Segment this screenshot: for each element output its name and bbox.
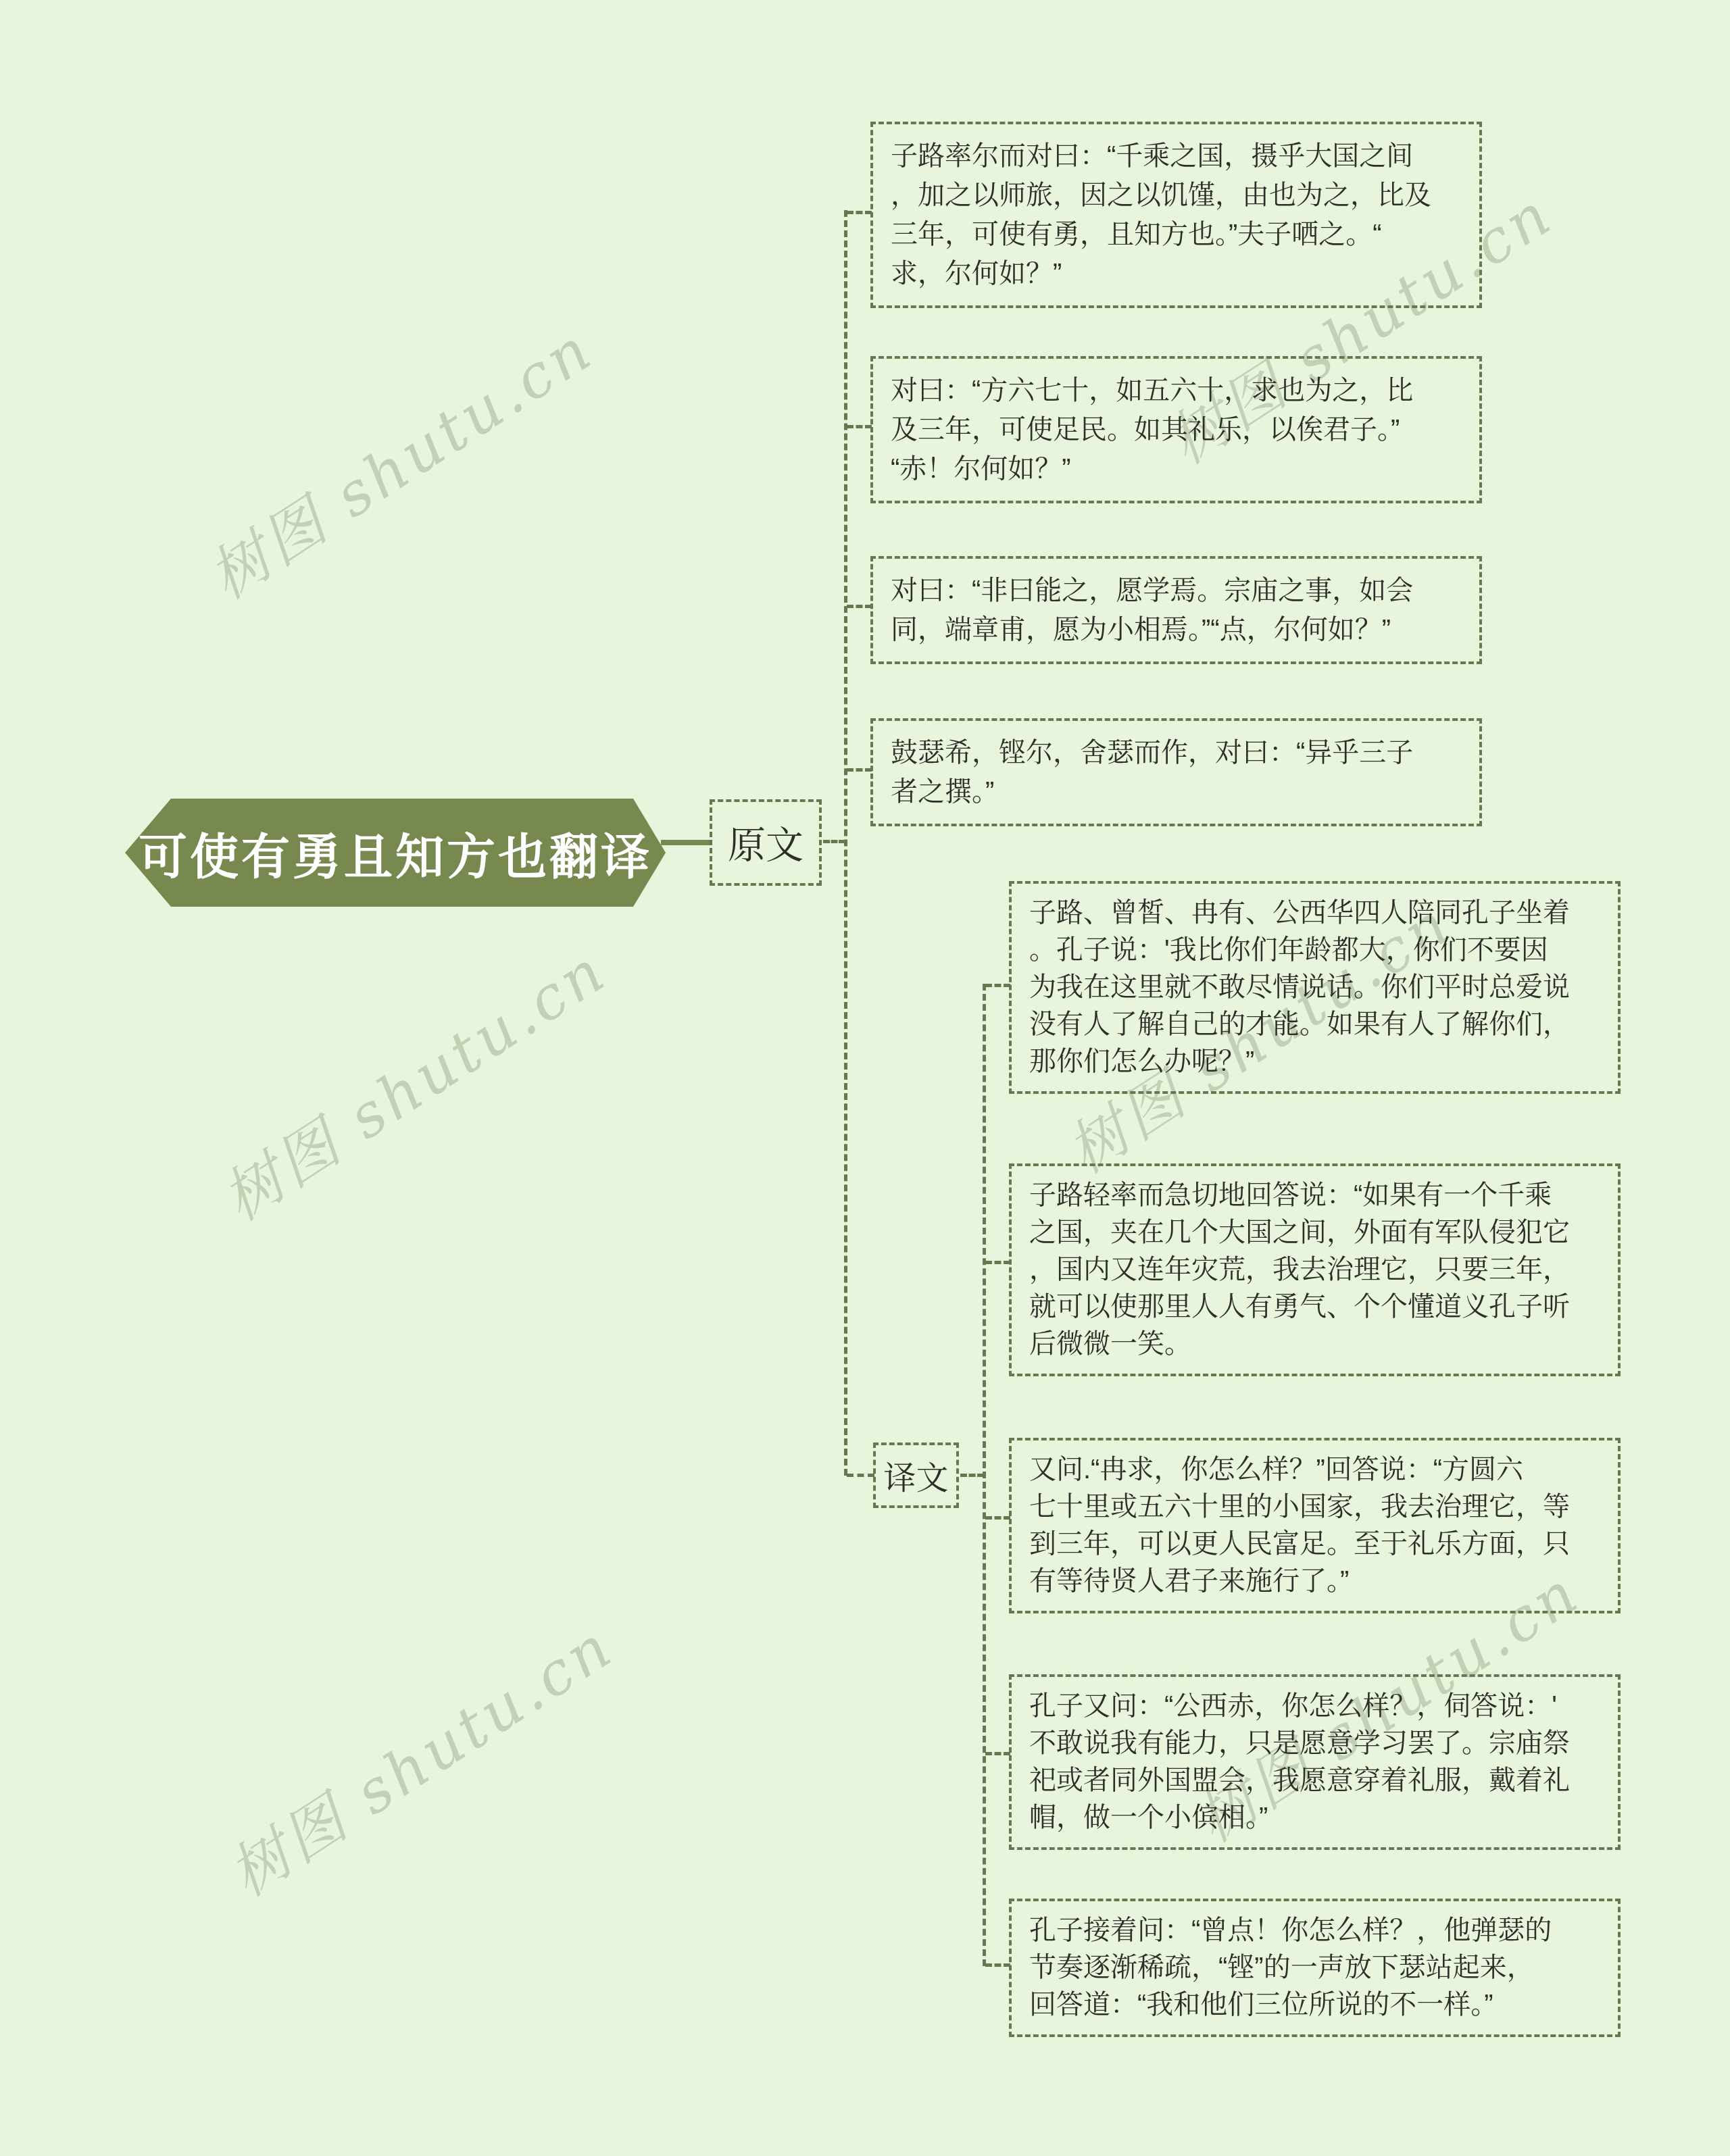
connector-stub — [960, 1474, 984, 1477]
branch-label: 译文 — [883, 1452, 948, 1499]
connector-stub — [847, 211, 872, 214]
original-text-node-1[interactable]: 子路率尔而对曰：“千乘之国，摄乎大国之间 ，加之以师旅，因之以饥馑，由也为之，比… — [870, 122, 1482, 308]
node-text: 孔子接着问：“曾点！你怎么样？，他弹瑟的 节奏逐渐稀疏，“铿”的一声放下瑟站起来… — [1029, 1912, 1600, 2024]
watermark: 树图 shutu.cn — [190, 303, 608, 616]
branch-label: 原文 — [728, 816, 804, 870]
original-text-node-3[interactable]: 对曰：“非曰能之，愿学焉。宗庙之事，如会 同，端章甫，愿为小相焉。”“点，尔何如… — [870, 556, 1482, 664]
connector-stub — [847, 425, 872, 428]
translation-node-5[interactable]: 孔子接着问：“曾点！你怎么样？，他弹瑟的 节奏逐渐稀疏，“铿”的一声放下瑟站起来… — [1009, 1899, 1621, 2037]
connector-stub — [985, 984, 1010, 987]
watermark: 树图 shutu.cn — [210, 1601, 628, 1913]
connector-stub — [985, 1261, 1010, 1264]
watermark: 树图 shutu.cn — [203, 925, 621, 1237]
translation-node-2[interactable]: 子路轻率而急切地回答说：“如果有一个千乘 之国，夹在几个大国之间，外面有军队侵犯… — [1009, 1163, 1621, 1376]
node-text: 孔子又问：“公西赤，你怎么样？，伺答说：' 不敢说我有能力，只是愿意学习罢了。宗… — [1029, 1688, 1600, 1836]
connector-stub — [985, 1963, 1010, 1967]
root-node-label: 可使有勇且知方也翻译 — [139, 818, 652, 888]
mindmap-canvas: 树图 shutu.cn 树图 shutu.cn 树图 shutu.cn 树图 s… — [0, 0, 1730, 2156]
translation-node-4[interactable]: 孔子又问：“公西赤，你怎么样？，伺答说：' 不敢说我有能力，只是愿意学习罢了。宗… — [1009, 1674, 1621, 1850]
node-text: 对曰：“方六七十，如五六十，求也为之，比 及三年，可使足民。如其礼乐，以俟君子。… — [891, 371, 1462, 488]
original-text-node-4[interactable]: 鼓瑟希，铿尔，舍瑟而作，对曰：“异乎三子 者之撰。” — [870, 718, 1482, 826]
connector-stub — [847, 605, 872, 608]
original-text-node-2[interactable]: 对曰：“方六七十，如五六十，求也为之，比 及三年，可使足民。如其礼乐，以俟君子。… — [870, 356, 1482, 503]
node-text: 子路轻率而急切地回答说：“如果有一个千乘 之国，夹在几个大国之间，外面有军队侵犯… — [1029, 1177, 1600, 1363]
node-text: 又问.“冉求，你怎么样？”回答说：“方圆六 七十里或五六十里的小国家，我去治理它… — [1029, 1451, 1600, 1600]
root-node-title[interactable]: 可使有勇且知方也翻译 — [125, 799, 666, 907]
connector-stub — [985, 1752, 1010, 1755]
connector-stub — [847, 1474, 874, 1477]
node-text: 子路、曾皙、冉有、公西华四人陪同孔子坐着 。孔子说：'我比你们年龄都大，你们不要… — [1029, 895, 1600, 1080]
node-text: 鼓瑟希，铿尔，舍瑟而作，对曰：“异乎三子 者之撰。” — [891, 733, 1462, 811]
node-text: 子路率尔而对曰：“千乘之国，摄乎大国之间 ，加之以师旅，因之以饥馑，由也为之，比… — [891, 136, 1462, 293]
branch-node-original[interactable]: 原文 — [710, 799, 822, 886]
branch-node-translation[interactable]: 译文 — [873, 1443, 959, 1508]
connector-stub — [985, 1516, 1010, 1520]
node-text: 对曰：“非曰能之，愿学焉。宗庙之事，如会 同，端章甫，愿为小相焉。”“点，尔何如… — [891, 571, 1462, 649]
connector-stub — [847, 768, 872, 772]
translation-node-3[interactable]: 又问.“冉求，你怎么样？”回答说：“方圆六 七十里或五六十里的小国家，我去治理它… — [1009, 1438, 1621, 1613]
connector-stub — [823, 840, 845, 843]
translation-node-1[interactable]: 子路、曾皙、冉有、公西华四人陪同孔子坐着 。孔子说：'我比你们年龄都大，你们不要… — [1009, 881, 1621, 1094]
connector-root-to-original — [661, 840, 711, 845]
